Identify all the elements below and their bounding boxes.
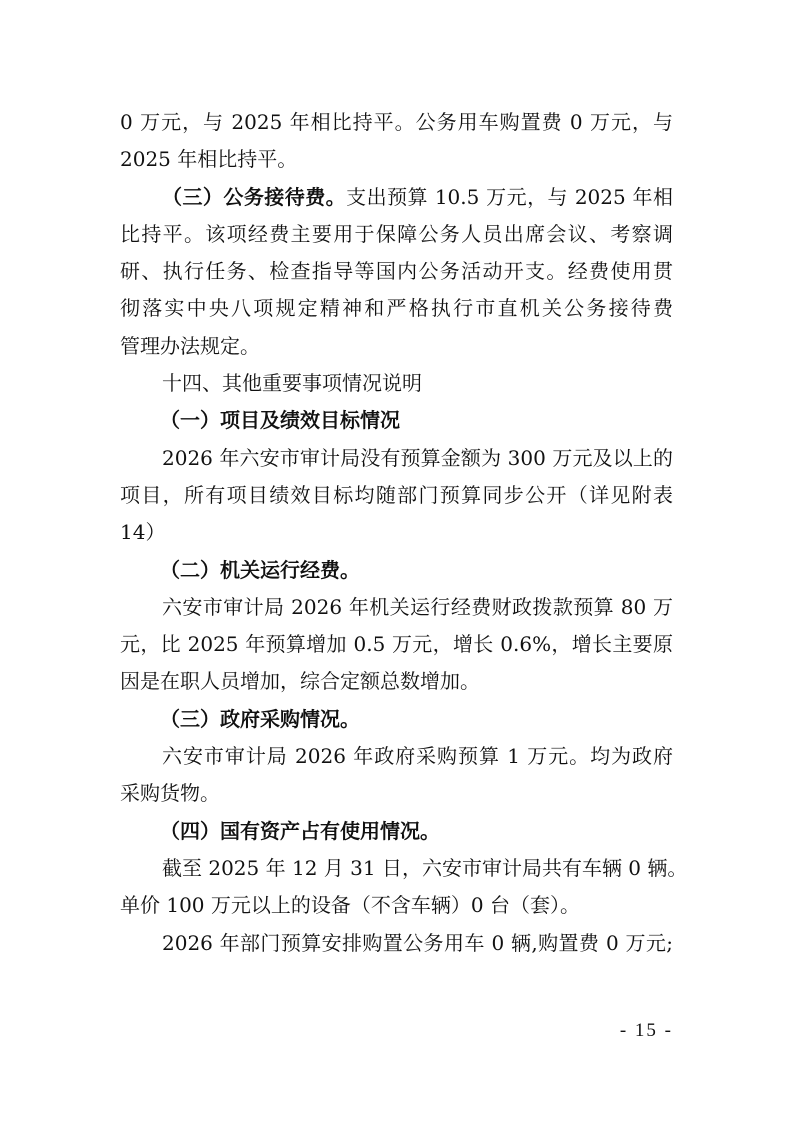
paragraph-line: 彻落实中央八项规定精神和严格执行市直机关公务接待费 (120, 290, 673, 327)
reception-paragraph: （三）公务接待费。支出预算 10.5 万元，与 2025 年相 (120, 179, 673, 216)
paragraph-line: 截至 2025 年 12 月 31 日，六安市审计局共有车辆 0 辆。 (120, 850, 673, 887)
paragraph-line: 六安市审计局 2026 年机关运行经费财政拨款预算 80 万 (120, 589, 673, 626)
paragraph-line: 2026 年六安市审计局没有预算金额为 300 万元及以上的 (120, 440, 673, 477)
paragraph-line: 管理办法规定。 (120, 328, 673, 365)
reception-text: 支出预算 10.5 万元，与 2025 年相 (346, 185, 673, 209)
section-title: 十四、其他重要事项情况说明 (120, 365, 673, 402)
subsection-heading-1: （一）项目及绩效目标情况 (120, 402, 673, 439)
paragraph-line: 0 万元，与 2025 年相比持平。公务用车购置费 0 万元，与 (120, 104, 673, 141)
paragraph-line: 研、执行任务、检查指导等国内公务活动开支。经费使用贯 (120, 253, 673, 290)
paragraph-line: 单价 100 万元以上的设备（不含车辆）0 台（套）。 (120, 887, 673, 924)
paragraph-line: 项目，所有项目绩效目标均随部门预算同步公开（详见附表 (120, 477, 673, 514)
paragraph-line: 因是在职人员增加，综合定额总数增加。 (120, 663, 673, 700)
page-number: - 15 - (620, 1020, 673, 1042)
reception-heading: （三）公务接待费。 (162, 185, 346, 209)
paragraph-line: 2026 年部门预算安排购置公务用车 0 辆,购置费 0 万元; (120, 925, 673, 962)
paragraph-line: 元，比 2025 年预算增加 0.5 万元，增长 0.6%，增长主要原 (120, 626, 673, 663)
subsection-heading-3: （三）政府采购情况。 (120, 701, 673, 738)
paragraph-line: 2025 年相比持平。 (120, 141, 673, 178)
paragraph-line: 六安市审计局 2026 年政府采购预算 1 万元。均为政府 (120, 738, 673, 775)
document-page: 0 万元，与 2025 年相比持平。公务用车购置费 0 万元，与 2025 年相… (120, 104, 673, 962)
subsection-heading-2: （二）机关运行经费。 (120, 552, 673, 589)
paragraph-line: 比持平。该项经费主要用于保障公务人员出席会议、考察调 (120, 216, 673, 253)
paragraph-line: 采购货物。 (120, 775, 673, 812)
paragraph-line: 14） (120, 514, 673, 551)
subsection-heading-4: （四）国有资产占有使用情况。 (120, 813, 673, 850)
